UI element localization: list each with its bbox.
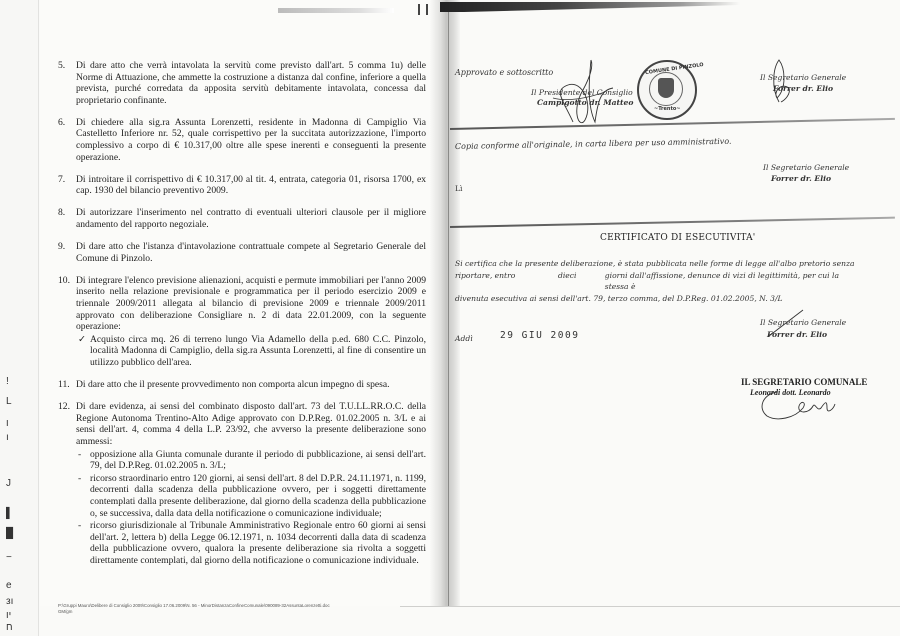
sub-item-text: Acquisto circa mq. 26 di terreno lungo V… (90, 334, 426, 369)
gutter-fold-line (448, 10, 449, 606)
edge-mark: ח (6, 622, 13, 633)
certificate-fragment: giorni dall'affissione, denunce di vizi … (605, 270, 855, 293)
item-body: Di dare atto che il presente provvedimen… (76, 379, 426, 391)
coat-of-arms-icon (658, 78, 674, 98)
dash-bullet-icon: - (76, 520, 90, 566)
item-number: 11. (58, 379, 76, 391)
deliberation-item: 11.Di dare atto che il presente provvedi… (58, 379, 426, 391)
dash-bullet-icon: - (76, 473, 90, 519)
item-text: Di dare atto che il presente provvedimen… (76, 379, 426, 391)
li-label: Lì (455, 184, 462, 193)
addi-label: Addì (455, 334, 473, 343)
item-number: 8. (58, 207, 76, 230)
deliberation-item: 7.Di introitare il corrispettivo di € 10… (58, 174, 426, 197)
section-divider (450, 118, 895, 130)
edge-mark: зı (6, 596, 13, 607)
sub-item: -ricorso giurisdizionale al Tribunale Am… (76, 520, 426, 566)
comunale-signature (755, 386, 845, 422)
bottom-scan-edge (400, 606, 900, 607)
deliberation-item: 6.Di chiedere alla sig.ra Assunta Lorenz… (58, 117, 426, 163)
edge-mark: יו (6, 610, 11, 621)
sub-item: -ricorso straordinario entro 120 giorni,… (76, 473, 426, 519)
checkmark-icon: ✓ (76, 334, 90, 369)
dash-bullet-icon: - (76, 449, 90, 472)
certificate-text: Si certifica che la presente deliberazio… (455, 258, 855, 304)
copy-secretary-role: Il Segretario Generale (763, 163, 849, 172)
edge-mark: L (6, 396, 12, 407)
edge-mark: ! (6, 376, 9, 387)
item-text: Di integrare l'elenco previsione alienaz… (76, 275, 426, 333)
deliberation-item: 9.Di dare atto che l'istanza d'intavolaz… (58, 241, 426, 264)
item-body: Di chiedere alla sig.ra Assunta Lorenzet… (76, 117, 426, 163)
certificate-title: CERTIFICATO DI ESECUTIVITA' (600, 233, 755, 243)
sub-item-text: ricorso straordinario entro 120 giorni, … (90, 473, 426, 519)
file-path-footer: P:\Gruppi Mauro\Delibere di Consiglio 20… (58, 603, 398, 615)
deliberation-items: 5.Di dare atto che verrà intavolata la s… (58, 60, 426, 577)
cross-out-stroke (767, 308, 807, 338)
deliberation-item: 5.Di dare atto che verrà intavolata la s… (58, 60, 426, 106)
gutter-marks (418, 4, 430, 16)
approval-heading: Approvato e sottoscritto (455, 68, 553, 77)
section-divider (450, 217, 895, 228)
certificate-fragment: riportare, entro (455, 270, 558, 293)
sub-item: -opposizione alla Giunta comunale durant… (76, 449, 426, 472)
item-body: Di integrare l'elenco previsione alienaz… (76, 275, 426, 369)
date-stamp: 29 GIU 2009 (500, 330, 579, 341)
days-count: dieci (558, 270, 605, 293)
item-number: 9. (58, 241, 76, 264)
copy-secretary-name: Forrer dr. Elio (771, 174, 831, 183)
copy-conformity-note: Copia conforme all'originale, in carta l… (455, 137, 732, 151)
item-body: Di autorizzare l'inserimento nel contrat… (76, 207, 426, 230)
item-body: Di introitare il corrispettivo di € 10.3… (76, 174, 426, 197)
item-body: Di dare atto che verrà intavolata la ser… (76, 60, 426, 106)
edge-mark: █ (6, 528, 13, 539)
edge-mark: − (6, 552, 12, 563)
top-scan-strip (278, 8, 394, 13)
item-text: Di introitare il corrispettivo di € 10.3… (76, 174, 426, 197)
author-initials: GM/gm (58, 609, 398, 615)
municipal-seal: COMUNE DI PINZOLO ~Trento~ (637, 60, 697, 120)
certificate-line: riportare, entro dieci giorni dall'affis… (455, 270, 855, 293)
item-text: Di dare evidenza, ai sensi del combinato… (76, 401, 426, 447)
edge-mark: ו (6, 418, 9, 429)
seal-text-bottom: ~Trento~ (654, 106, 680, 112)
edge-mark: J (6, 478, 11, 489)
item-body: Di dare evidenza, ai sensi del combinato… (76, 401, 426, 566)
certificate-line: Si certifica che la presente deliberazio… (455, 258, 855, 270)
deliberation-item: 12.Di dare evidenza, ai sensi del combin… (58, 401, 426, 566)
edge-mark: ▌ (6, 508, 13, 519)
left-scan-edge: ! L ו ı J ▌ █ − e зı יו ח (0, 0, 39, 636)
item-text: Di autorizzare l'inserimento nel contrat… (76, 207, 426, 230)
sub-item: ✓Acquisto circa mq. 26 di terreno lungo … (76, 334, 426, 369)
certificate-line: divenuta esecutiva ai sensi dell'art. 79… (455, 293, 855, 305)
item-text: Di dare atto che l'istanza d'intavolazio… (76, 241, 426, 264)
secretary-signature (767, 58, 797, 104)
item-text: Di dare atto che verrà intavolata la ser… (76, 60, 426, 106)
edge-mark: e (6, 580, 12, 591)
item-number: 12. (58, 401, 76, 566)
deliberation-item: 10.Di integrare l'elenco previsione alie… (58, 275, 426, 369)
edge-mark: ı (6, 432, 9, 443)
right-page: Approvato e sottoscritto Il Presidente d… (455, 0, 895, 606)
item-number: 5. (58, 60, 76, 106)
item-text: Di chiedere alla sig.ra Assunta Lorenzet… (76, 117, 426, 163)
item-number: 7. (58, 174, 76, 197)
president-signature (543, 60, 613, 130)
item-body: Di dare atto che l'istanza d'intavolazio… (76, 241, 426, 264)
sub-item-text: opposizione alla Giunta comunale durante… (90, 449, 426, 472)
sub-item-text: ricorso giurisdizionale al Tribunale Amm… (90, 520, 426, 566)
item-number: 10. (58, 275, 76, 369)
item-number: 6. (58, 117, 76, 163)
deliberation-item: 8.Di autorizzare l'inserimento nel contr… (58, 207, 426, 230)
